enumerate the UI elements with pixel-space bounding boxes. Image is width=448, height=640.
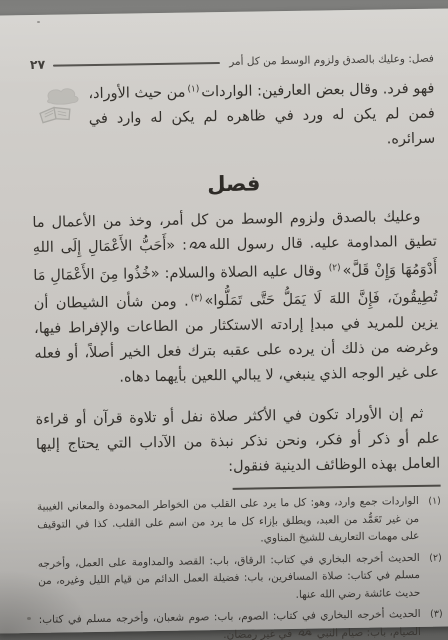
intro-text-1: فهو فرد. وقال بعض العارفين: الواردات <box>201 81 434 101</box>
footnote-ref-1: (١) <box>187 84 199 94</box>
running-head-title: فصل: وعليك بالصدق ولزوم الوسط من كل أمر <box>229 52 434 67</box>
photo-speck <box>27 617 31 620</box>
photo-speck <box>37 21 40 23</box>
intro-paragraph: فهو فرد. وقال بعض العارفين: الواردات(١)م… <box>30 74 435 158</box>
salawat-ligature-icon <box>297 627 311 637</box>
footnote-ref-2: (٢) <box>329 263 341 273</box>
footnote-1-text: الواردات جمع وارد، وهو: كل ما يرد على ال… <box>37 495 420 544</box>
footnote-1: (١) الواردات جمع وارد، وهو: كل ما يرد عل… <box>37 493 420 551</box>
footnote-2-text: الحديث أخرجه البخاري في كتاب: الرقاق، با… <box>38 551 421 600</box>
page-paper: فصل: وعليك بالصدق ولزوم الوسط من كل أمر … <box>0 8 448 633</box>
salawat-ligature-icon <box>189 238 207 251</box>
section-heading: فصل <box>32 167 436 201</box>
page-number: ٢٧ <box>30 57 45 72</box>
footnotes-section: (١) الواردات جمع وارد، وهو: كل ما يرد عل… <box>37 487 443 640</box>
footnote-1-marker: (١) <box>428 493 441 511</box>
footnote-2: (٢) الحديث أخرجه البخاري في كتاب: الرقاق… <box>38 549 421 607</box>
second-paragraph: ثم إن الأوراد تكون في الأكثر صلاة نفل أو… <box>35 402 440 483</box>
footnote-3-text-2: في غير رمضان. <box>223 627 292 640</box>
footnote-ref-3: (٣) <box>191 293 203 303</box>
running-head-rule <box>53 62 220 67</box>
scanned-book-page-photo: فصل: وعليك بالصدق ولزوم الوسط من كل أمر … <box>0 0 448 640</box>
footnote-2-marker: (٢) <box>429 549 442 567</box>
running-head: فصل: وعليك بالصدق ولزوم الوسط من كل أمر … <box>30 51 434 72</box>
page-content: فصل: وعليك بالصدق ولزوم الوسط من كل أمر … <box>0 8 448 640</box>
footnote-3-marker: (٣) <box>430 606 443 624</box>
footnote-3: (٣) الحديث أخرجه البخاري في كتاب: الصوم،… <box>39 606 422 640</box>
main-paragraph: وعليك بالصدق ولزوم الوسط من كل أمر، وخذ … <box>32 205 439 392</box>
